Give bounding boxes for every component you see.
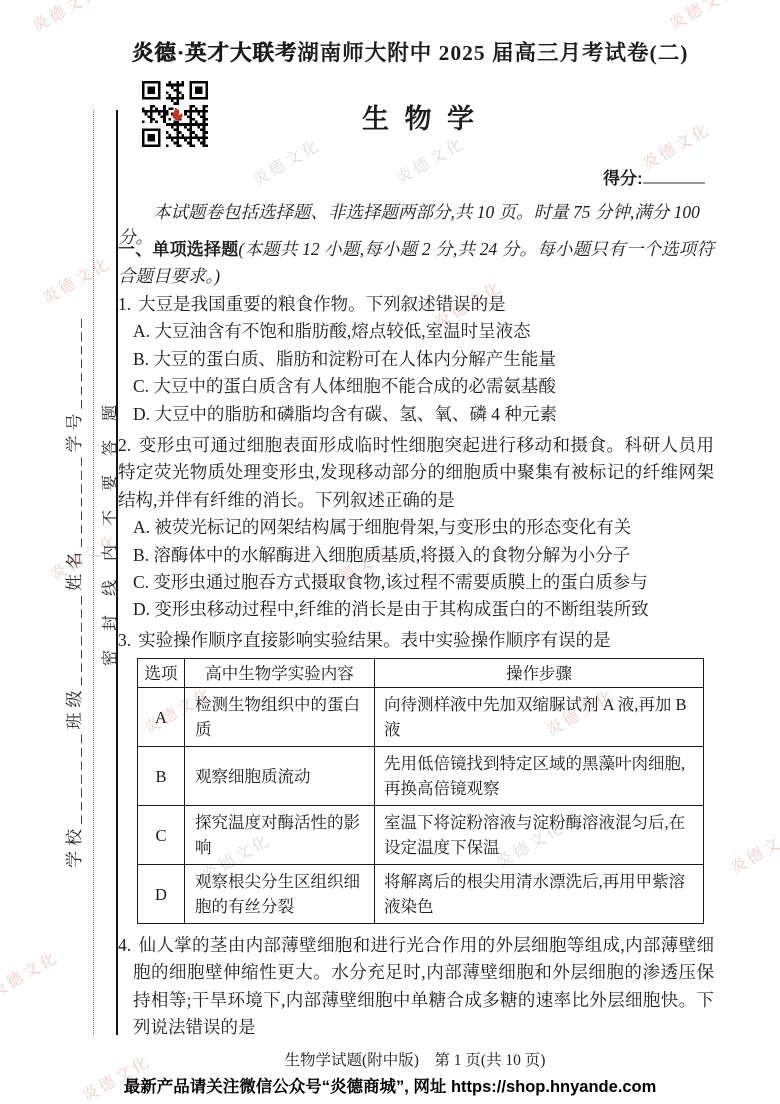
table-row: D 观察根尖分生区组织细胞的有丝分裂 将解离后的根尖用清水漂洗后,再用甲紫溶液染… [138, 865, 704, 924]
question-1: 1.大豆是我国重要的粮食作物。下列叙述错误的是 A. 大豆油含有不饱和脂肪酸,熔… [118, 291, 714, 428]
watermark: 炎德文化 [391, 131, 468, 189]
question-2-option-a: A. 被荧光标记的网架结构属于细胞骨架,与变形虫的形态变化有关 [118, 514, 714, 541]
row-d-key: D [138, 865, 185, 924]
row-a-key: A [138, 688, 185, 747]
question-3-number: 3. [118, 630, 131, 650]
seal-dotted-line [93, 110, 94, 1035]
question-1-number: 1. [118, 294, 131, 314]
table-header-steps: 操作步骤 [375, 659, 704, 688]
row-d-content: 观察根尖分生区组织细胞的有丝分裂 [185, 865, 375, 924]
question-3-stem: 3.实验操作顺序直接影响实验结果。表中实验操作顺序有误的是 [118, 627, 714, 654]
watermark: 炎德文化 [725, 821, 780, 879]
row-b-key: B [138, 747, 185, 806]
question-1-option-c: C. 大豆中的蛋白质含有人体细胞不能合成的必需氨基酸 [118, 373, 714, 400]
footer-page-info: 生物学试题(附中版) 第 1 页(共 10 页) [118, 1048, 712, 1070]
watermark: 炎德文化 [27, 0, 104, 36]
question-4-text: 仙人掌的茎由内部薄壁细胞和进行光合作用的外层细胞等组成,内部薄壁细胞的细胞壁伸缩… [133, 935, 714, 1037]
score-field: 得分: [603, 164, 705, 189]
score-label: 得分: [603, 169, 643, 188]
question-3-text: 实验操作顺序直接影响实验结果。表中实验操作顺序有误的是 [138, 630, 611, 650]
exam-page: 炎德文化 炎德文化 炎德文化 炎德文化 炎德文化 炎德文化 炎德文化 炎德文化 … [0, 0, 780, 1104]
subject-title: 生 物 学 [100, 97, 740, 136]
question-4-stem: 4.仙人掌的茎由内部薄壁细胞和进行光合作用的外层细胞等组成,内部薄壁细胞的细胞壁… [118, 932, 714, 1042]
question-2-option-d: D. 变形虫移动过程中,纤维的消长是由于其构成蛋白的不断组装所致 [118, 596, 714, 623]
question-1-option-b: B. 大豆的蛋白质、脂肪和淀粉可在人体内分解产生能量 [118, 346, 714, 373]
row-a-content: 检测生物组织中的蛋白质 [185, 688, 375, 747]
watermark: 炎德文化 [37, 251, 114, 309]
exam-title: 炎德·英才大联考湖南师大附中 2025 届高三月考试卷(二) [100, 36, 720, 67]
table-row: C 探究温度对酶活性的影响 室温下将淀粉溶液与淀粉酶溶液混匀后,在设定温度下保温 [138, 806, 704, 865]
question-2-number: 2. [118, 435, 131, 455]
question-3: 3.实验操作顺序直接影响实验结果。表中实验操作顺序有误的是 [118, 627, 714, 654]
row-c-steps: 室温下将淀粉溶液与淀粉酶溶液混匀后,在设定温度下保温 [375, 806, 704, 865]
question-2: 2.变形虫可通过细胞表面形成临时性细胞突起进行移动和摄食。科研人员用特定荧光物质… [118, 432, 714, 624]
table-header-content: 高中生物学实验内容 [185, 659, 375, 688]
exam-title-rest: 湖南师大附中 2025 届高三月考试卷(二) [297, 41, 688, 65]
table-header-option: 选项 [138, 659, 185, 688]
question-2-text: 变形虫可通过细胞表面形成临时性细胞突起进行移动和摄食。科研人员用特定荧光物质处理… [118, 435, 714, 510]
exam-title-brand: 炎德·英才大联考 [132, 41, 298, 65]
experiment-table: 选项 高中生物学实验内容 操作步骤 A 检测生物组织中的蛋白质 向待测样液中先加… [137, 658, 704, 924]
question-1-stem: 1.大豆是我国重要的粮食作物。下列叙述错误的是 [118, 291, 714, 318]
table-row: B 观察细胞质流动 先用低倍镜找到特定区域的黑藻叶肉细胞,再换高倍镜观察 [138, 747, 704, 806]
row-d-steps: 将解离后的根尖用清水漂洗后,再用甲紫溶液染色 [375, 865, 704, 924]
question-1-text: 大豆是我国重要的粮食作物。下列叙述错误的是 [138, 294, 506, 314]
row-b-content: 观察细胞质流动 [185, 747, 375, 806]
question-1-option-a: A. 大豆油含有不饱和脂肪酸,熔点较低,室温时呈液态 [118, 318, 714, 345]
question-2-option-c: C. 变形虫通过胞吞方式摄取食物,该过程不需要质膜上的蛋白质参与 [118, 569, 714, 596]
watermark: 炎德文化 [0, 945, 63, 1003]
question-4-number: 4. [118, 935, 131, 955]
table-header-row: 选项 高中生物学实验内容 操作步骤 [138, 659, 704, 688]
question-2-stem: 2.变形虫可通过细胞表面形成临时性细胞突起进行移动和摄食。科研人员用特定荧光物质… [118, 432, 714, 514]
table-row: A 检测生物组织中的蛋白质 向待测样液中先加双缩脲试剂 A 液,再加 B 液 [138, 688, 704, 747]
student-info-fields: 学校_______班级_______姓名_______学号_______ [60, 314, 85, 868]
row-c-content: 探究温度对酶活性的影响 [185, 806, 375, 865]
question-1-option-d: D. 大豆中的脂肪和磷脂均含有碳、氢、氧、磷 4 种元素 [118, 401, 714, 428]
footer-promo: 最新产品请关注微信公众号“炎德商城”, 网址 https://shop.hnya… [0, 1073, 780, 1097]
question-4: 4.仙人掌的茎由内部薄壁细胞和进行光合作用的外层细胞等组成,内部薄壁细胞的细胞壁… [118, 932, 714, 1042]
score-blank-line [643, 165, 705, 184]
section-heading-title: 一、单项选择题 [118, 240, 238, 259]
row-c-key: C [138, 806, 185, 865]
watermark: 炎德文化 [247, 133, 324, 191]
row-a-steps: 向待测样液中先加双缩脲试剂 A 液,再加 B 液 [375, 688, 704, 747]
section-heading: 一、单项选择题(本题共 12 小题,每小题 2 分,共 24 分。每小题只有一个… [118, 236, 714, 290]
question-2-option-b: B. 溶酶体中的水解酶进入细胞质基质,将摄入的食物分解为小分子 [118, 542, 714, 569]
seal-warning-text: 密封线内不要答题 [97, 386, 120, 666]
watermark: 炎德文化 [664, 0, 741, 34]
row-b-steps: 先用低倍镜找到特定区域的黑藻叶肉细胞,再换高倍镜观察 [375, 747, 704, 806]
